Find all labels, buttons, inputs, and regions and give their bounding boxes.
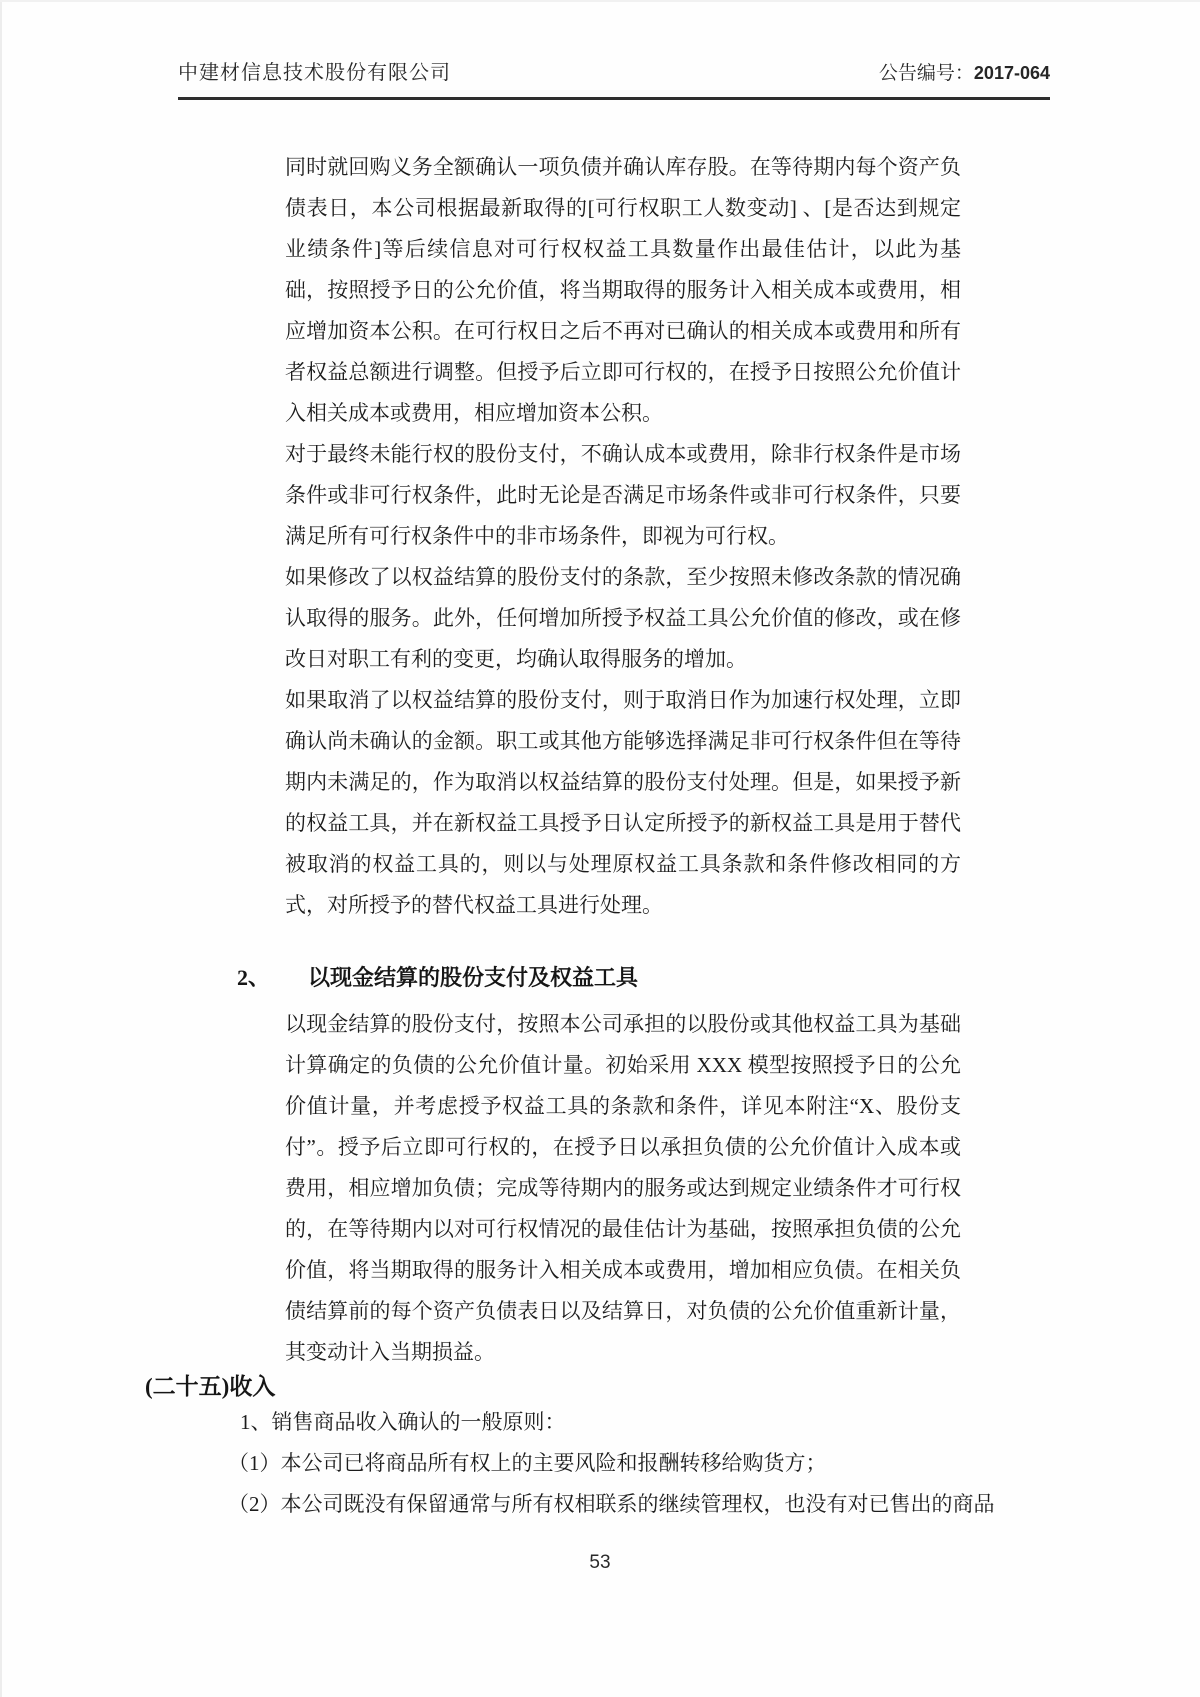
page-number: 53	[0, 1552, 1200, 1574]
heading-title: 以现金结算的股份支付及权益工具	[308, 961, 638, 992]
announcement-number: 公告编号：2017-064	[879, 58, 1050, 85]
revenue-item-1-sub-2: （2）本公司既没有保留通常与所有权相联系的继续管理权，也没有对已售出的商品	[228, 1489, 995, 1519]
revenue-item-1-sub-1: （1）本公司已将商品所有权上的主要风险和报酬转移给购货方；	[228, 1448, 827, 1478]
cash-settled-share-payment-text: 以现金结算的股份支付，按照本公司承担的以股份或其他权益工具为基础计算确定的负债的…	[285, 1004, 961, 1373]
equity-settled-share-payment-text: 同时就回购义务全额确认一项负债并确认库存股。在等待期内每个资产负债表日，本公司根…	[285, 147, 961, 926]
announcement-number-value: 2017-064	[974, 63, 1050, 83]
paragraph-unvested-treatment: 对于最终未能行权的股份支付，不确认成本或费用，除非行权条件是市场条件或非可行权条…	[285, 434, 961, 557]
heading-number: 2、	[237, 961, 308, 992]
paragraph-cancellation: 如果取消了以权益结算的股份支付，则于取消日作为加速行权处理，立即确认尚未确认的金…	[285, 680, 961, 926]
page-header: 中建材信息技术股份有限公司 公告编号：2017-064	[178, 56, 1050, 100]
company-name: 中建材信息技术股份有限公司	[178, 56, 451, 85]
document-page: 中建材信息技术股份有限公司 公告编号：2017-064 同时就回购义务全额确认一…	[0, 0, 1200, 1697]
heading-cash-settled: 2、 以现金结算的股份支付及权益工具	[237, 961, 638, 992]
section-title-revenue: (二十五)收入	[145, 1368, 275, 1401]
paragraph-modification: 如果修改了以权益结算的股份支付的条款，至少按照未修改条款的情况确认取得的服务。此…	[285, 557, 961, 680]
paragraph-cash-settled: 以现金结算的股份支付，按照本公司承担的以股份或其他权益工具为基础计算确定的负债的…	[285, 1004, 961, 1373]
scan-edge-left	[0, 0, 2, 1697]
revenue-item-1: 1、销售商品收入确认的一般原则：	[240, 1407, 566, 1437]
announcement-number-label: 公告编号：	[879, 63, 974, 84]
scan-edge-top	[0, 0, 1200, 2]
paragraph-repurchase-obligation: 同时就回购义务全额确认一项负债并确认库存股。在等待期内每个资产负债表日，本公司根…	[285, 147, 961, 434]
